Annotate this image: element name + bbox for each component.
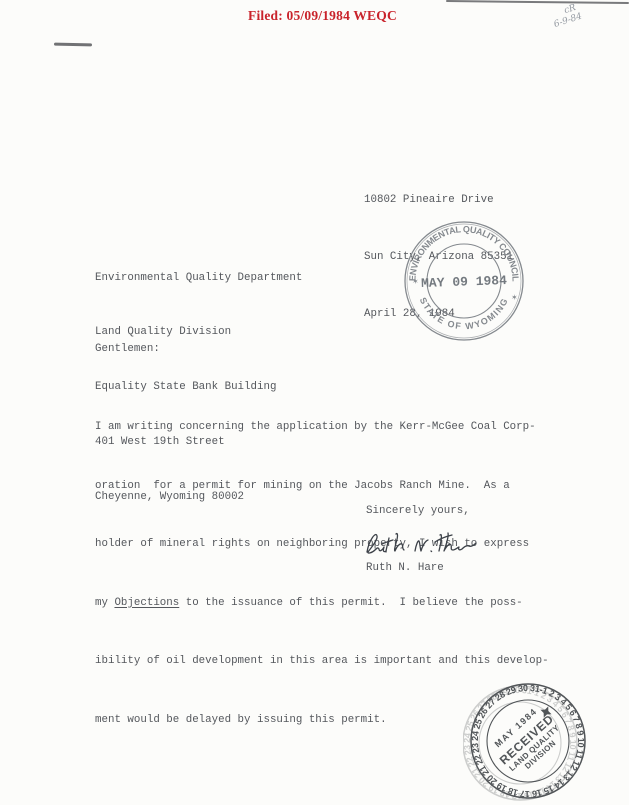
underlined-objections: Objections	[114, 597, 179, 609]
body-line: I am writing concerning the application …	[95, 418, 549, 438]
body-line: oration for a permit for mining on the J…	[95, 477, 549, 497]
stamp-arc-bottom-text: STATE OF WYOMING	[418, 296, 511, 332]
body-text: to the issuance of this permit. I believ…	[179, 597, 522, 609]
sender-address-line: 10802 Pineaire Drive	[364, 191, 513, 210]
handwritten-note-line2: 6-9-84	[553, 12, 584, 30]
body-text: my	[95, 597, 114, 609]
scan-artifact-dash	[54, 43, 92, 47]
closing-line: Sincerely yours,	[366, 505, 470, 517]
stamp-center-text: MAY 1984 RECEIVED LAND QUALITY DIVISION	[487, 701, 568, 781]
handwritten-note: cR 6-9-84	[550, 2, 584, 30]
stamp-date: MAY 09 1984	[421, 273, 507, 291]
salutation: Gentlemen:	[95, 343, 160, 355]
recipient-address-line: Environmental Quality Department	[95, 269, 302, 287]
body-line: ibility of oil development in this area …	[95, 652, 549, 672]
eqc-council-stamp: ENVIRONMENTAL QUALITY COUNCIL STATE OF W…	[399, 216, 529, 346]
star-icon: ✶	[511, 293, 518, 302]
filed-stamp: Filed: 05/09/1984 WEQC	[248, 8, 397, 24]
typed-signature-name: Ruth N. Hare	[366, 562, 444, 574]
recipient-address-line: Land Quality Division	[95, 323, 302, 341]
received-stamp: 24 25 26 27 28 29 30 31-1 2 3 4 5 6 7 8 …	[463, 676, 593, 805]
body-line: my Objections to the issuance of this pe…	[95, 594, 549, 614]
svg-text:STATE OF WYOMING: STATE OF WYOMING	[418, 296, 511, 332]
scan-artifact-top-edge	[446, 0, 629, 4]
signature-image	[360, 527, 492, 561]
scanned-letter-page: Filed: 05/09/1984 WEQC cR 6-9-84 10802 P…	[0, 0, 629, 805]
star-icon: ✶	[412, 277, 419, 286]
